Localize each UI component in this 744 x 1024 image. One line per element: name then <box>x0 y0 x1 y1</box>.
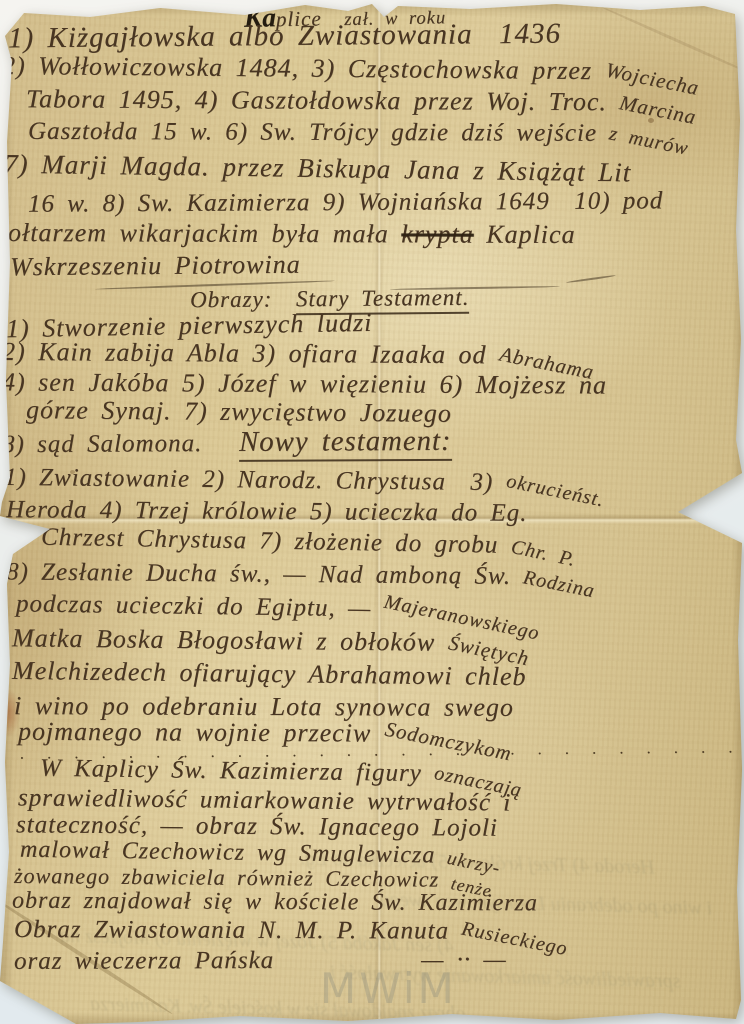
handwritten-line: 2) Wołłowiczowska 1484, 3) Częstochowska… <box>2 53 700 85</box>
handwritten-line: Heroda 4) Trzej królowie 5) ucieczka do … <box>6 497 528 526</box>
text-segment: Melchizedech ofiarujący Abrahamowi chleb <box>12 656 527 691</box>
handwritten-line: 8) Zesłanie Ducha św., — Nad amboną Św. … <box>6 559 596 589</box>
text-segment: Rodzina <box>522 567 597 601</box>
handwritten-line: 4) sen Jakóba 5) Józef w więzieniu 6) Mo… <box>2 369 607 398</box>
text-segment: z murów <box>608 123 691 158</box>
text-segment: 1) Kiżgajłowska albo Zwiastowania 1436 <box>8 18 561 55</box>
handwritten-line: Gasztołda 15 w. 6) Sw. Trójcy gdzie dziś… <box>28 119 690 146</box>
handwritten-line: podczas ucieczki do Egiptu, — Majeranows… <box>16 591 542 623</box>
handwritten-line: Wskrzeszeniu Piotrowina <box>10 252 301 281</box>
handwritten-line: 1) Zwiastowanie 2) Narodz. Chrystusa 3) … <box>4 465 605 496</box>
text-segment: 7) Marji Magda. przez Biskupa Jana z Ksi… <box>4 149 632 188</box>
text-segment: krypta <box>401 219 474 248</box>
handwritten-line: stateczność, — obraz Św. Ignacego Lojoli <box>16 812 498 840</box>
text-segment: podczas ucieczki do Egiptu, — <box>16 590 384 622</box>
handwritten-line: 2) Kain zabija Abla 3) ofiara Izaaka od … <box>2 339 595 369</box>
text-segment: 1) Zwiastowanie 2) Narodz. Chrystusa 3) <box>4 464 506 496</box>
handwritten-line: Tabora 1495, 4) Gasztołdowska przez Woj.… <box>26 86 697 116</box>
text-segment: Gasztołda 15 w. 6) Sw. Trójcy gdzie dziś… <box>28 118 609 147</box>
text-segment: 16 w. 8) Sw. Kazimierza 9) Wojniańska 16… <box>28 187 663 217</box>
handwriting-layer: Kaplice zał. w roku1) Kiżgajłowska albo … <box>0 0 744 1024</box>
text-segment: Nowy testament: <box>239 425 452 462</box>
paper-wrapper: Heroda 4) Trzej królowie 5) ucieczka do … <box>0 0 744 1024</box>
text-segment: górze Synaj. 7) zwycięstwo Jozuego <box>26 395 452 428</box>
handwritten-line: W Kaplicy Św. Kazimierza figury oznaczaj… <box>40 756 523 788</box>
pen-flourish <box>566 275 616 284</box>
handwritten-line: ołtarzem wikarjackim była mała krypta Ka… <box>8 220 576 248</box>
handwritten-line: Melchizedech ofiarujący Abrahamowi chleb <box>12 658 527 690</box>
text-segment: ołtarzem wikarjackim była mała <box>8 218 401 248</box>
handwritten-line: Matka Boska Błogosławi z obłoków Świętyc… <box>12 625 530 656</box>
old-testament-heading: Obrazy: Stary Testament. <box>190 286 470 311</box>
text-segment: 2) Wołłowiczowska 1484, 3) Częstochowska… <box>2 51 605 85</box>
handwritten-line: obraz znajdował się w kościele Św. Kazim… <box>12 889 538 916</box>
watermark: MWiM <box>320 964 457 1013</box>
handwritten-line: 1) Kiżgajłowska albo Zwiastowania 1436 <box>8 20 561 54</box>
new-testament-heading: 8) sąd Salomona. Nowy testament: <box>2 427 452 458</box>
text-segment: 2) Kain zabija Abla 3) ofiara Izaaka od <box>2 337 499 369</box>
text-segment: 6) Chrzest Chrystusa 7) złożenie do grob… <box>6 523 511 559</box>
text-segment: Obrazy: <box>190 286 296 312</box>
handwritten-line: 7) Marji Magda. przez Biskupa Jana z Ksi… <box>4 151 632 187</box>
handwritten-line: górze Synaj. 7) zwycięstwo Jozuego <box>26 397 452 427</box>
text-segment: Matka Boska Błogosławi z obłoków <box>12 623 448 657</box>
text-segment: Kaplica <box>474 220 576 249</box>
scan-background: Heroda 4) Trzej królowie 5) ucieczka do … <box>0 0 744 1024</box>
text-segment: Wskrzeszeniu Piotrowina <box>10 250 301 282</box>
handwritten-line: Obraz Zwiastowania N. M. P. Kanuta Rusie… <box>14 917 569 944</box>
document-paper: Heroda 4) Trzej królowie 5) ucieczka do … <box>0 0 744 1024</box>
text-segment: Heroda 4) Trzej królowie 5) ucieczka do … <box>6 496 528 527</box>
handwritten-line: 16 w. 8) Sw. Kazimierza 9) Wojniańska 16… <box>28 188 663 216</box>
text-segment: Tabora 1495, 4) Gasztołdowska przez Woj.… <box>26 84 620 116</box>
text-segment: 8) sąd Salomona. <box>2 430 239 458</box>
text-segment: W Kaplicy Św. Kazimierza figury <box>40 755 434 787</box>
text-segment: 8) Zesłanie Ducha św., — Nad amboną Św. <box>6 558 523 590</box>
text-segment: Obraz Zwiastowania N. M. P. Kanuta <box>14 916 461 945</box>
text-segment: obraz znajdował się w kościele Św. Kazim… <box>12 888 538 917</box>
handwritten-line: 6) Chrzest Chrystusa 7) złożenie do grob… <box>6 524 576 559</box>
